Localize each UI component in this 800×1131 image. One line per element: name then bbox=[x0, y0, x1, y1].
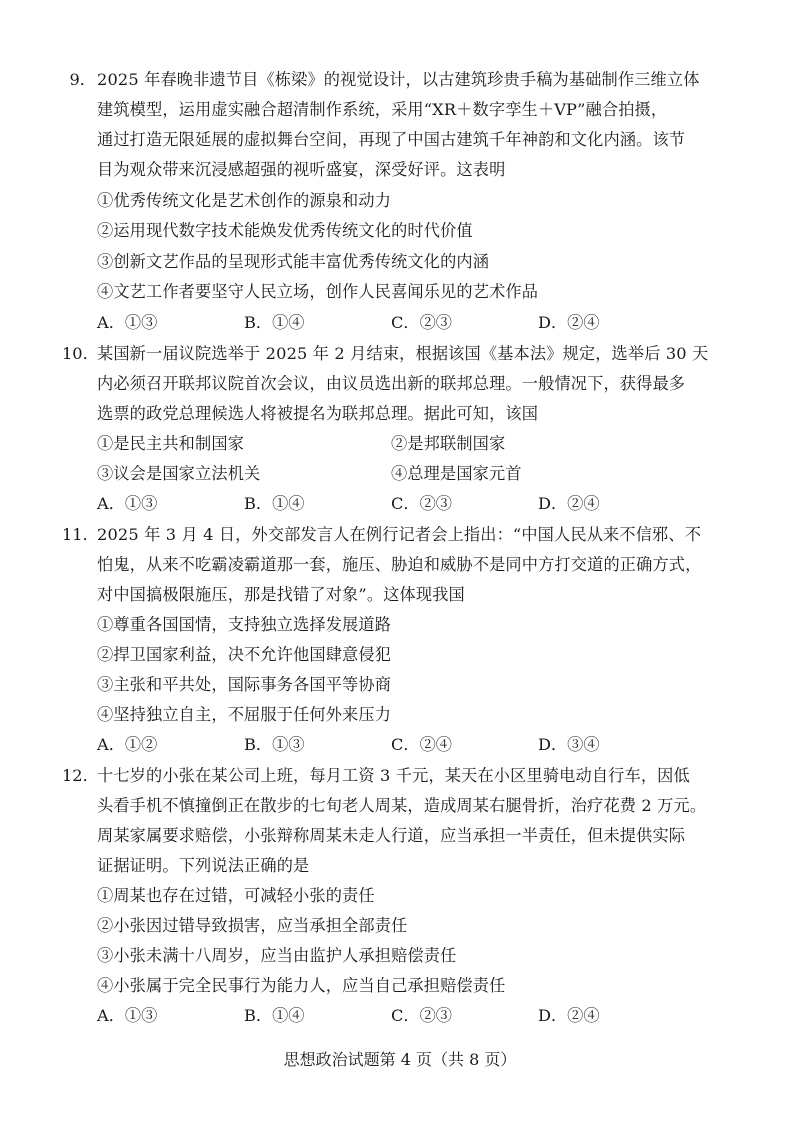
choice-b[interactable]: B．①③ bbox=[244, 735, 304, 755]
choice-c[interactable]: C．②④ bbox=[391, 735, 452, 755]
answer-choices: A．①② B．①③ C．②④ D．③④ bbox=[97, 735, 717, 755]
statement: ④坚持独立自主，不屈服于任何外来压力 bbox=[97, 705, 391, 725]
choice-a[interactable]: A．①③ bbox=[97, 313, 157, 333]
choice-d[interactable]: D．③④ bbox=[538, 735, 600, 755]
statement: ②是邦联制国家 bbox=[391, 434, 505, 454]
choice-a[interactable]: A．①③ bbox=[97, 494, 157, 514]
stem-line: 2025 年 3 月 4 日，外交部发言人在例行记者会上指出：“中国人民从来不信… bbox=[97, 525, 701, 545]
stem-line: 建筑模型，运用虚实融合超清制作系统，采用“XR＋数字孪生＋VP”融合拍摄， bbox=[97, 100, 667, 120]
question-number: 12． bbox=[62, 766, 96, 786]
stem-line: 通过打造无限延展的虚拟舞台空间，再现了中国古建筑千年神韵和文化内涵。该节 bbox=[97, 130, 685, 150]
exam-page: 9． 2025 年春晚非遗节目《栋梁》的视觉设计，以古建筑珍贵手稿为基础制作三维… bbox=[0, 0, 800, 1131]
statement: ③议会是国家立法机关 bbox=[97, 464, 260, 484]
stem-line: 2025 年春晚非遗节目《栋梁》的视觉设计，以古建筑珍贵手稿为基础制作三维立体 bbox=[97, 70, 700, 90]
stem-line: 证据证明。下列说法正确的是 bbox=[97, 856, 309, 876]
statement: ①是民主共和制国家 bbox=[97, 434, 244, 454]
choice-d[interactable]: D．②④ bbox=[538, 1006, 600, 1026]
question-number: 11． bbox=[62, 525, 96, 545]
stem-line: 对中国搞极限施压，那是找错了对象”。这体现我国 bbox=[97, 585, 465, 605]
choice-c[interactable]: C．②③ bbox=[391, 494, 452, 514]
question-number: 10． bbox=[62, 344, 96, 364]
statement: ①优秀传统文化是艺术创作的源泉和动力 bbox=[97, 191, 391, 211]
statement: ④总理是国家元首 bbox=[391, 464, 522, 484]
answer-choices: A．①③ B．①④ C．②③ D．②④ bbox=[97, 313, 717, 333]
question-number: 9． bbox=[62, 70, 96, 90]
statement: ①尊重各国国情，支持独立选择发展道路 bbox=[97, 615, 391, 635]
stem-line: 目为观众带来沉浸感超强的视听盛宴，深受好评。这表明 bbox=[97, 160, 505, 180]
statement: ④文艺工作者要坚守人民立场，创作人民喜闻乐见的艺术作品 bbox=[97, 282, 538, 302]
answer-choices: A．①③ B．①④ C．②③ D．②④ bbox=[97, 494, 717, 514]
stem-line: 十七岁的小张在某公司上班，每月工资 3 千元，某天在小区里骑电动自行车，因低 bbox=[97, 766, 690, 786]
statement: ②小张因过错导致损害，应当承担全部责任 bbox=[97, 916, 407, 936]
choice-d[interactable]: D．②④ bbox=[538, 494, 600, 514]
statement: ②捍卫国家利益，决不允许他国肆意侵犯 bbox=[97, 645, 391, 665]
stem-line: 选票的政党总理候选人将被提名为联邦总理。据此可知，该国 bbox=[97, 404, 538, 424]
answer-choices: A．①③ B．①④ C．②③ D．②④ bbox=[97, 1006, 717, 1026]
choice-c[interactable]: C．②③ bbox=[391, 1006, 452, 1026]
statement: ③主张和平共处，国际事务各国平等协商 bbox=[97, 675, 391, 695]
statement: ③小张未满十八周岁，应当由监护人承担赔偿责任 bbox=[97, 946, 456, 966]
stem-line: 头看手机不慎撞倒正在散步的七旬老人周某，造成周某右腿骨折，治疗花费 2 万元。 bbox=[97, 796, 706, 816]
stem-line: 某国新一届议院选举于 2025 年 2 月结束，根据该国《基本法》规定，选举后 … bbox=[97, 344, 708, 364]
statement: ④小张属于完全民事行为能力人，应当自己承担赔偿责任 bbox=[97, 976, 505, 996]
choice-c[interactable]: C．②③ bbox=[391, 313, 452, 333]
choice-b[interactable]: B．①④ bbox=[244, 1006, 304, 1026]
stem-line: 内必须召开联邦议院首次会议，由议员选出新的联邦总理。一般情况下，获得最多 bbox=[97, 374, 685, 394]
page-footer: 思想政治试题第 4 页（共 8 页） bbox=[0, 1050, 800, 1070]
stem-line: 怕鬼，从来不吃霸凌霸道那一套，施压、胁迫和威胁不是同中方打交道的正确方式， bbox=[97, 555, 702, 575]
statement: ②运用现代数字技术能焕发优秀传统文化的时代价值 bbox=[97, 221, 473, 241]
choice-d[interactable]: D．②④ bbox=[538, 313, 600, 333]
choice-a[interactable]: A．①② bbox=[97, 735, 157, 755]
stem-line: 周某家属要求赔偿，小张辩称周某未走人行道，应当承担一半责任，但未提供实际 bbox=[97, 826, 685, 846]
choice-a[interactable]: A．①③ bbox=[97, 1006, 157, 1026]
statement: ③创新文艺作品的呈现形式能丰富优秀传统文化的内涵 bbox=[97, 252, 489, 272]
statement: ①周某也存在过错，可减轻小张的责任 bbox=[97, 886, 375, 906]
choice-b[interactable]: B．①④ bbox=[244, 313, 304, 333]
choice-b[interactable]: B．①④ bbox=[244, 494, 304, 514]
